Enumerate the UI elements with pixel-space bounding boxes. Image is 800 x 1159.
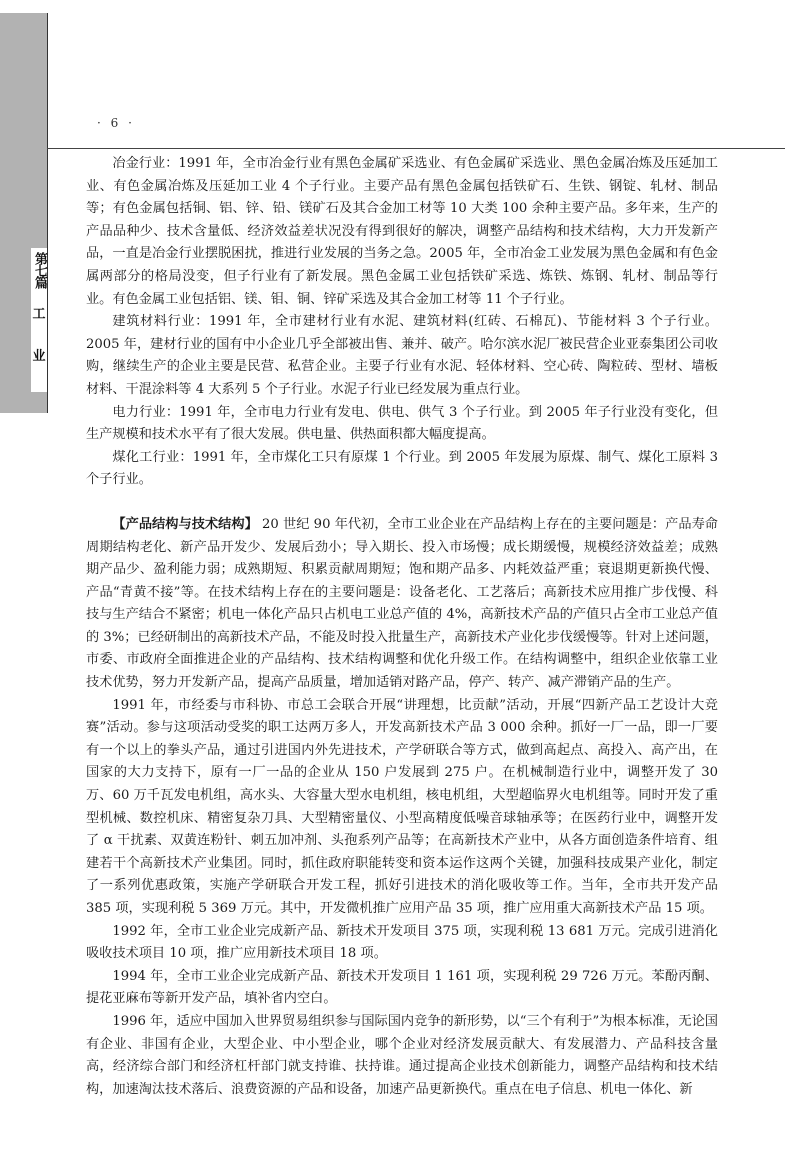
page-number: · 6 · <box>97 116 135 130</box>
section-heading: 【产品结构与技术结构】 <box>112 517 257 532</box>
paragraph-1991: 1991 年，市经委与市科协、市总工会联合开展“讲理想，比贡献”活动，开展“四新… <box>86 695 718 921</box>
header-rule <box>47 148 785 149</box>
paragraph-1994: 1994 年，全市工业企业完成新产品、新技术开发项目 1 161 项，实现利税 … <box>86 966 718 1011</box>
paragraph-metallurgy: 冶金行业：1991 年，全市冶金行业有黑色金属矿采选业、有色金属矿采选业、黑色金… <box>86 153 718 311</box>
chapter-tab: 第七篇 工 业 <box>31 248 47 392</box>
margin-rule <box>47 13 48 413</box>
paragraph-coal-chemical: 煤化工行业：1991 年，全市煤化工只有原煤 1 个行业。到 2005 年发展为… <box>86 447 718 492</box>
chapter-tab-word1: 工 <box>32 308 45 322</box>
body-text: 冶金行业：1991 年，全市冶金行业有黑色金属矿采选业、有色金属矿采选业、黑色金… <box>86 153 718 1101</box>
paragraph-building-materials: 建筑材料行业：1991 年，全市建材行业有水泥、建筑材料(红砖、石棉瓦)、节能材… <box>86 311 718 401</box>
paragraph-1996: 1996 年，适应中国加入世界贸易组织参与国际国内竞争的新形势，以“三个有利于”… <box>86 1011 718 1101</box>
paragraph-1992: 1992 年，全市工业企业完成新产品、新技术开发项目 375 项，实现利税 13… <box>86 921 718 966</box>
section-intro-paragraph: 【产品结构与技术结构】 20 世纪 90 年代初，全市工业企业在产品结构上存在的… <box>86 514 718 695</box>
chapter-tab-word2: 业 <box>32 350 45 364</box>
paragraph-electric-power: 电力行业：1991 年，全市电力行业有发电、供电、供气 3 个子行业。到 200… <box>86 402 718 447</box>
chapter-tab-part: 第七篇 <box>32 252 46 288</box>
section-intro-text: 20 世纪 90 年代初，全市工业企业在产品结构上存在的主要问题是：产品寿命周期… <box>86 517 718 690</box>
